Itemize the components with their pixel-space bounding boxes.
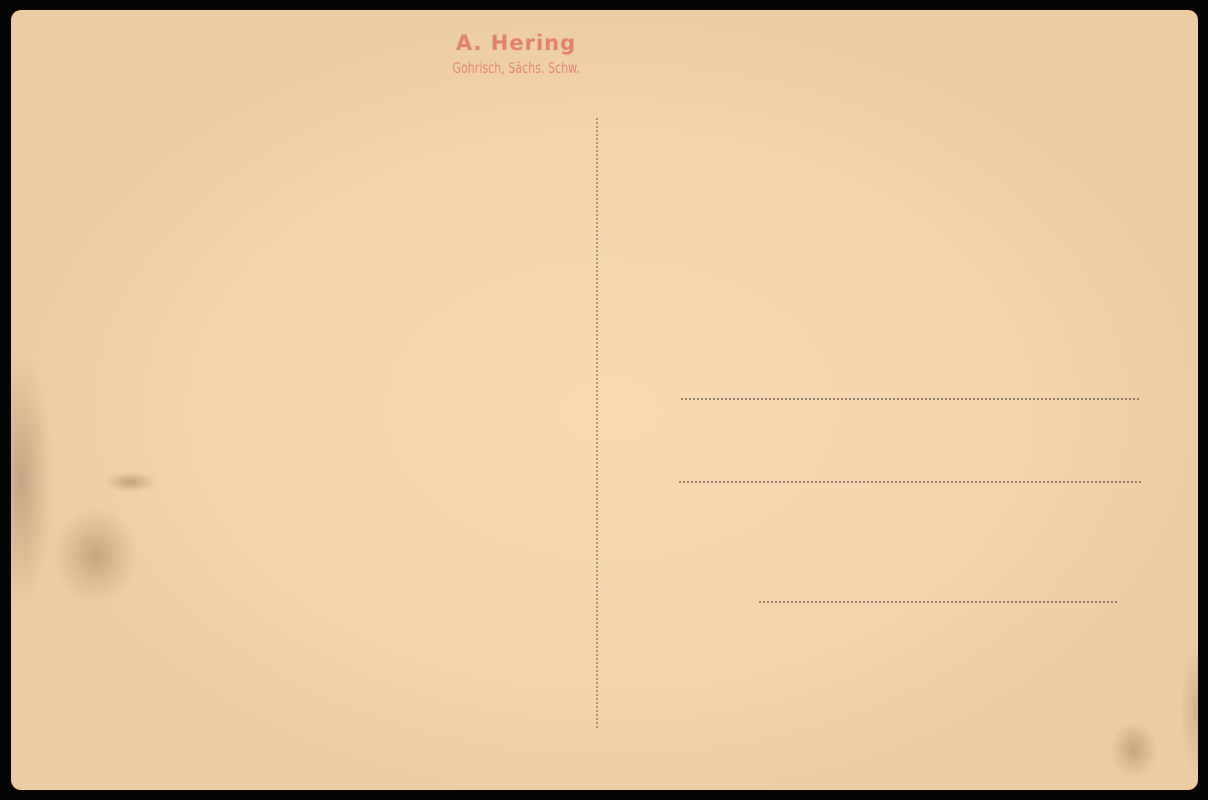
address-line-3: [759, 601, 1117, 603]
publisher-imprint: A. Hering Gohrisch, Sächs. Schw.: [411, 28, 621, 78]
publisher-place: Gohrisch, Sächs. Schw.: [430, 58, 602, 78]
address-line-1: [681, 398, 1139, 400]
publisher-name: A. Hering: [411, 28, 621, 58]
message-address-divider: [596, 118, 598, 728]
postcard-back: A. Hering Gohrisch, Sächs. Schw.: [11, 10, 1198, 790]
address-line-2: [679, 481, 1141, 483]
